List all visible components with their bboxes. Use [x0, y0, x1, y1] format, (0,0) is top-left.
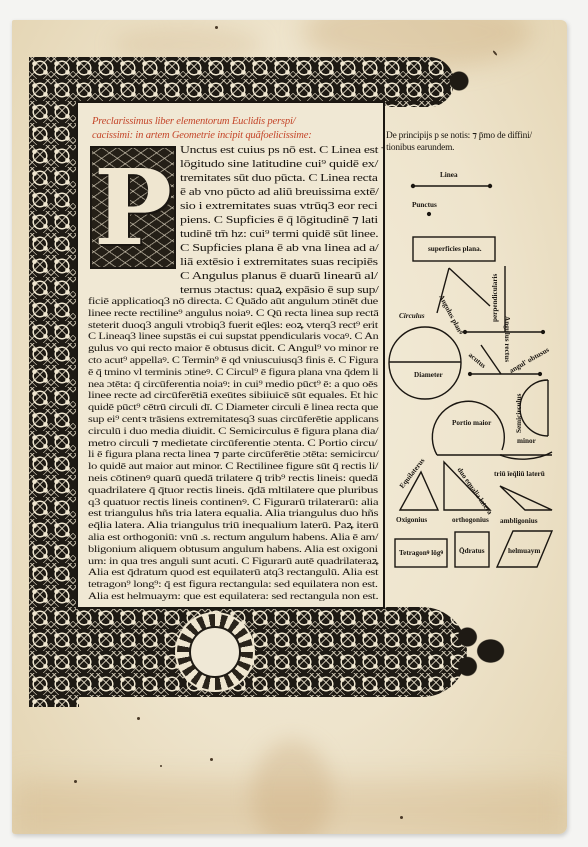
ink-speck [137, 717, 140, 720]
text-line: quidē pūct⁹ cētrū circuli dī. C Diameter… [88, 403, 378, 414]
label-superficies: superficies plana. [428, 245, 482, 253]
text-line: C Angulus planus ē duarū linearū al/ [180, 269, 378, 283]
label-orthogonius: orthogonius [452, 516, 489, 524]
text-line: tetragon⁹ long⁹: q̄ est figura rectangul… [88, 580, 378, 591]
text-line: bligonium aliquem obtusum angulum habens… [88, 545, 378, 556]
text-line: nea ɔtēta: q̄ circūferentia noiaꝰ: in cu… [88, 380, 378, 391]
text-line: ternus ɔtactus: quaꝝ expāsio ē sup sup/ [180, 283, 379, 297]
ink-speck [210, 758, 213, 761]
text-line: gulus vo qui recto maior ē obtusus dicit… [88, 344, 378, 355]
text-line: cto acut⁹ appellaꝰ. C Termin⁹ ē qd vnius… [88, 356, 378, 367]
ink-speck [160, 765, 162, 767]
ink-speck [215, 26, 218, 29]
label-semicirculus: Semicirculus [515, 394, 523, 433]
border-medallion-center [189, 626, 241, 678]
text-line: linee recte ad circūferētiā exeūtes sibi… [88, 391, 378, 402]
text-line: est triangulus hñs tria latera equalia. … [88, 509, 378, 520]
text-line: steterit duoq3 anguli vtrobiq3 fuerit eq… [88, 321, 378, 332]
text-line: liā extēsio i extremitates suas recipiēs [180, 255, 378, 269]
label-quadratus: Q̄dratus [459, 547, 485, 555]
margin-note-line: - tionibus earundem. [381, 143, 454, 153]
text-line: lo quidē aut maior aut minor. C Rectilin… [88, 462, 378, 473]
text-line: q3 quatuor rectis lineis continenꝰ. C Fi… [88, 498, 378, 509]
text-line: circulū i duo media diuidit. C Semicircu… [88, 427, 378, 438]
rubric-line: cacissimi: in artem Geometrie incipit qu… [92, 129, 392, 143]
border-finial-bottom [450, 616, 508, 686]
label-punctus: Punctus [412, 201, 437, 209]
text-line: ficiē applicatioq3 nō directa. C Quādo a… [88, 297, 378, 308]
text-line: lōgitudo sine latitudine cui⁹ quidē ex/ [180, 157, 378, 171]
label-diameter: Diameter [414, 371, 443, 379]
margin-note-line: De principijs p se notis: ⁊ p̄mo de diff… [386, 130, 532, 141]
rubric-line: Preclarissimus liber elementorum Euclidi… [92, 115, 392, 129]
label-oxigonius: Oxigonius [396, 516, 427, 524]
text-line: sio i extremitates suas vtrūq3 eor reci [180, 199, 377, 213]
text-line: metro circuli ⁊ medietate circūferentie … [88, 439, 377, 450]
text-line: li ē figura plana recta linea ⁊ parte ci… [88, 450, 378, 461]
ink-speck [74, 780, 77, 783]
label-minor: minor [517, 437, 536, 445]
label-helmuaym: helmuaym [508, 547, 540, 555]
label-tetragonus: Tetragonꝰ lōgꝰ [399, 548, 443, 558]
text-line: C Lineaq3 linee supstās ei cui supstat p… [88, 332, 378, 343]
label-circulus: Circulus [399, 312, 425, 320]
text-line: sup ei⁹ centꝛ trāsiens extremitatesq3 su… [88, 415, 378, 426]
text-line: Unctus est cuius ps nō est. C Linea est [180, 143, 378, 157]
text-line: Alia est helmuaym: que est equilatera: s… [88, 592, 378, 603]
water-stain [12, 780, 567, 834]
text-line: quadrilatere q̄ q̄tuor rectis lineis. q̄… [88, 486, 378, 497]
text-line: ē ab vno pūcto ad aliū breuissima extē/ [180, 185, 379, 199]
decorated-initial: P [90, 146, 176, 269]
text-line: eq̄lia latera. Alia triangulus triū ineq… [88, 521, 379, 532]
text-line: piens. C Supficies ē q̄ lōgitudinē ⁊ lat… [180, 213, 378, 227]
label-trium-inequalium: triū īeq̄liū laterū [494, 470, 545, 478]
water-stain [252, 740, 332, 834]
text-line: linee recte rectiline⁹ angulus noiaꝰ. C … [88, 309, 379, 320]
text-line: Alia est q̄dratum quod est equilaterū at… [88, 568, 378, 579]
text-line: neis cōtinenꝰ quarū quedā trilatere q̄ t… [88, 474, 378, 485]
text-line: ē q̄ tmino vl terminis ɔtineꝰ. C Circul⁹… [88, 368, 378, 379]
rubric-heading: Preclarissimus liber elementorum Euclidi… [92, 115, 392, 143]
label-ambligonius: ambligonius [500, 517, 538, 525]
label-portio-maior: Portio maior [452, 419, 491, 427]
ink-speck [492, 50, 497, 56]
initial-letter: P [94, 156, 172, 260]
label-angulus-rectus: Angulus rectus [503, 316, 511, 362]
border-ornament-top [29, 57, 454, 107]
text-line: C Supficies plana ē ab vna linea ad a/ [180, 241, 379, 255]
label-linea: Linea [440, 171, 458, 179]
text-line: tudinē tm̄ hz: cui⁹ termi quidē sūt line… [180, 227, 378, 241]
text-line: alia est orthogoniū: vnū .s. rectum angu… [88, 533, 378, 544]
text-line: tremitates sūt duo pūcta. C Linea recta [180, 171, 378, 185]
label-perpendicularis: perpendicularis [491, 274, 499, 322]
border-finial-top [447, 63, 477, 99]
ink-speck [400, 816, 403, 819]
text-line: um: in qua tres anguli sunt acuti. C Fig… [88, 557, 378, 568]
